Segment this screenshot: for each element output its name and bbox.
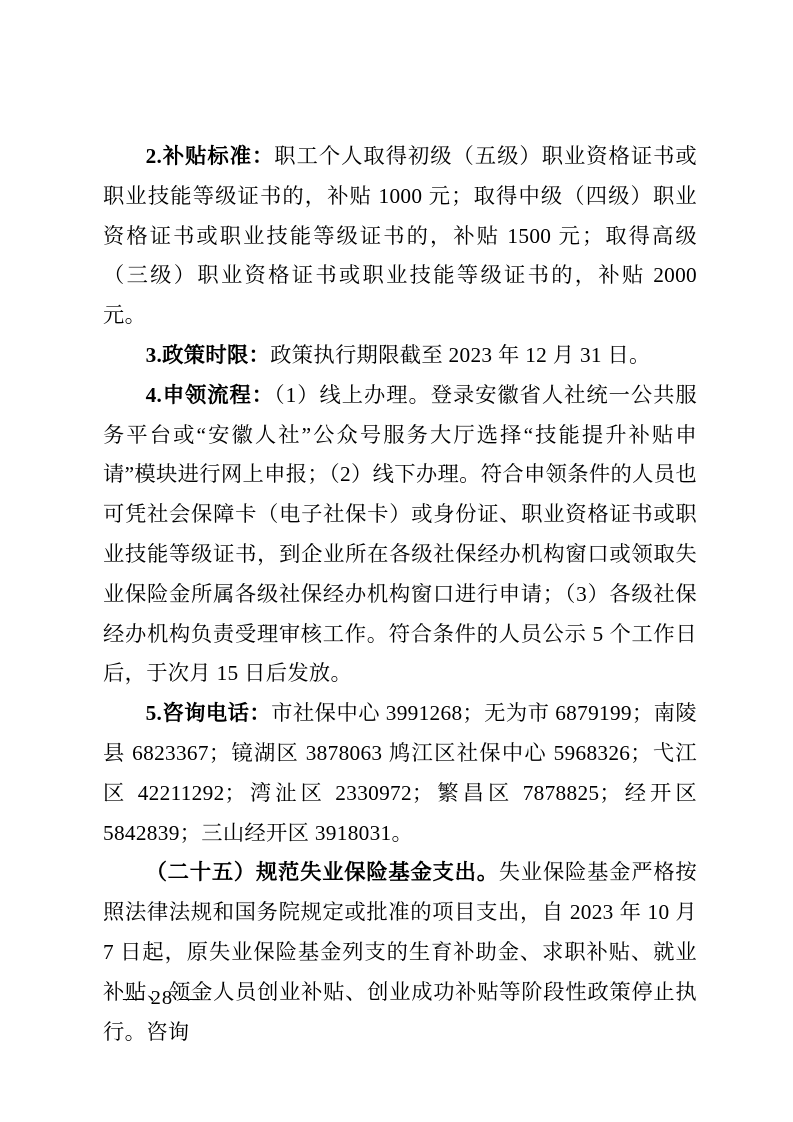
paragraph-application-process-text: （1）线上办理。登录安徽省人社统一公共服务平台或“安徽人社”公众号服务大厅选择“… xyxy=(103,383,697,686)
paragraph-subsidy-standard: 2.补贴标准：职工个人取得初级（五级）职业资格证书或职业技能等级证书的，补贴 1… xyxy=(103,137,697,336)
page-footer: — 28 — xyxy=(123,986,201,1010)
paragraph-fund-expenditure-text: 失业保险基金严格按照法律法规和国务院规定或批准的项目支出，自 2023 年 10… xyxy=(103,860,697,1043)
paragraph-application-process-label: 4.申领流程： xyxy=(146,383,274,407)
paragraph-fund-expenditure: （二十五）规范失业保险基金支出。失业保险基金严格按照法律法规和国务院规定或批准的… xyxy=(103,853,697,1052)
page-number: — 28 — xyxy=(123,987,201,1009)
document-page: 2.补贴标准：职工个人取得初级（五级）职业资格证书或职业技能等级证书的，补贴 1… xyxy=(0,0,793,1122)
paragraph-subsidy-standard-text: 职工个人取得初级（五级）职业资格证书或职业技能等级证书的，补贴 1000 元；取… xyxy=(103,144,697,327)
paragraph-consult-phone-label: 5.咨询电话： xyxy=(146,701,272,725)
paragraph-consult-phone: 5.咨询电话：市社保中心 3991268；无为市 6879199；南陵县 682… xyxy=(103,694,697,853)
document-body: 2.补贴标准：职工个人取得初级（五级）职业资格证书或职业技能等级证书的，补贴 1… xyxy=(103,137,697,1052)
paragraph-policy-deadline: 3.政策时限：政策执行期限截至 2023 年 12 月 31 日。 xyxy=(103,336,697,376)
paragraph-policy-deadline-text: 政策执行期限截至 2023 年 12 月 31 日。 xyxy=(270,343,651,367)
paragraph-policy-deadline-label: 3.政策时限： xyxy=(146,343,271,367)
paragraph-fund-expenditure-label: （二十五）规范失业保险基金支出。 xyxy=(146,860,499,884)
paragraph-application-process: 4.申领流程：（1）线上办理。登录安徽省人社统一公共服务平台或“安徽人社”公众号… xyxy=(103,376,697,694)
paragraph-subsidy-standard-label: 2.补贴标准： xyxy=(146,144,275,168)
